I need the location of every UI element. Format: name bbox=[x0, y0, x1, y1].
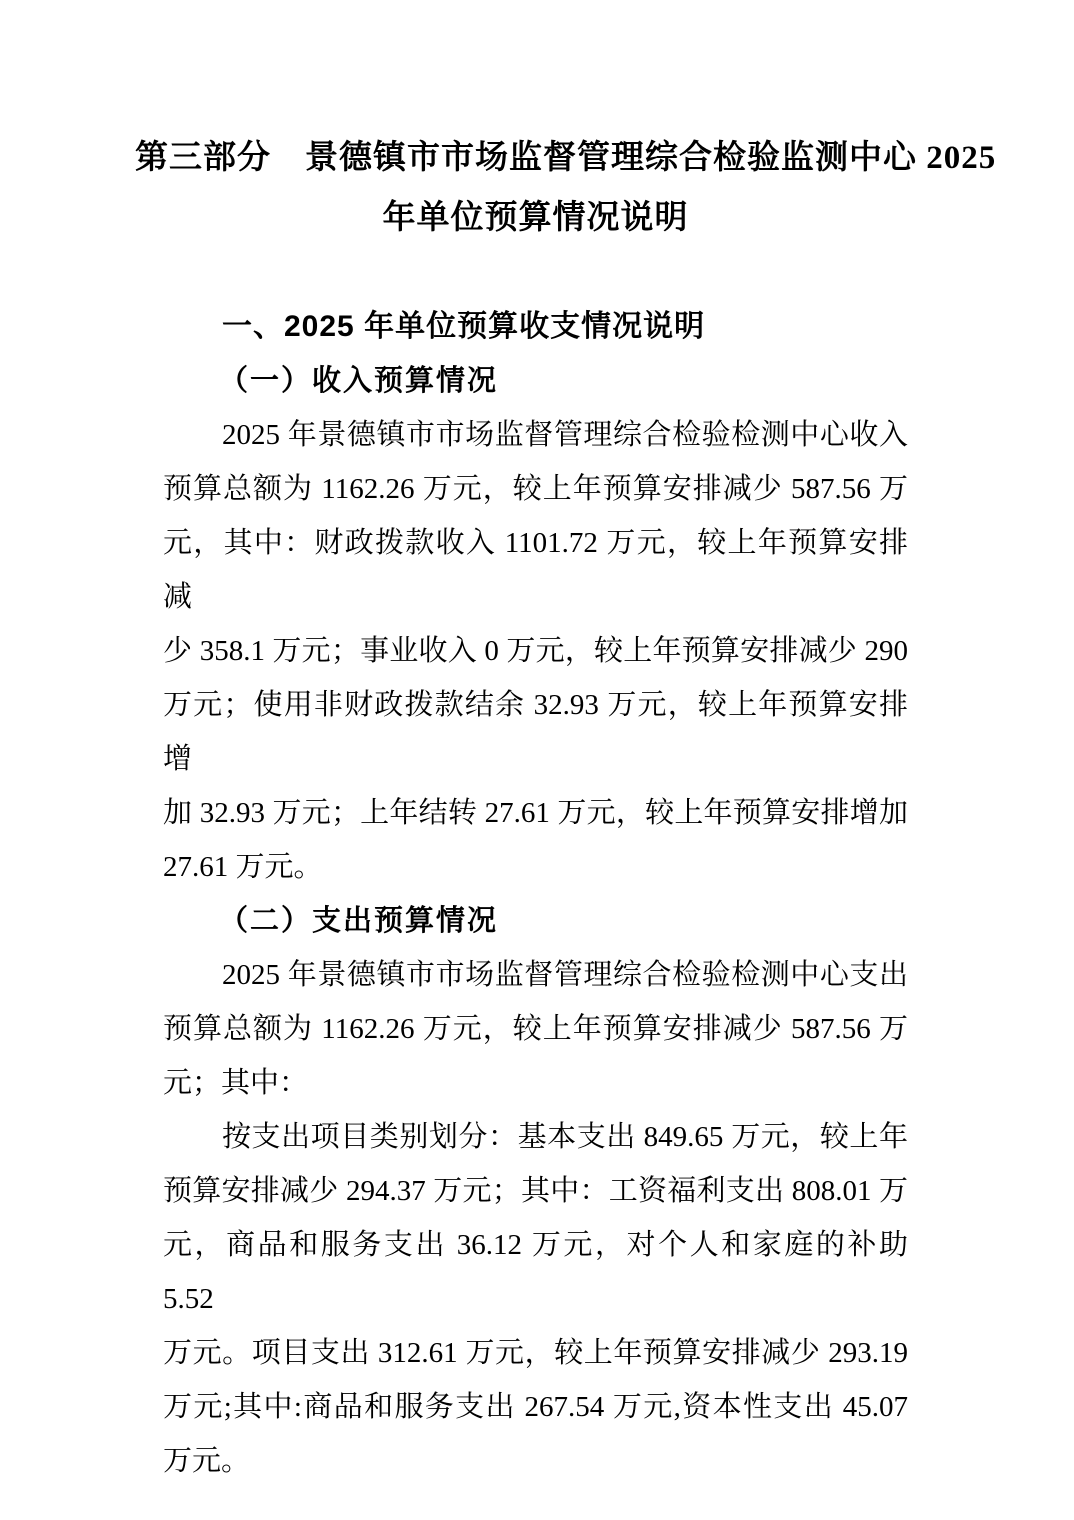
expenditure-subheading: （二）支出预算情况 bbox=[163, 894, 908, 948]
document-title-line-1: 第三部分 景德镇市市场监督管理综合检验监测中心 2025 bbox=[135, 128, 936, 188]
paragraph-line: 预算总额为 1162.26 万元，较上年预算安排减少 587.56 万 bbox=[163, 1002, 908, 1056]
paragraph-line: 少 358.1 万元；事业收入 0 万元，较上年预算安排减少 290 bbox=[163, 624, 908, 678]
paragraph-line: 元，其中：财政拨款收入 1101.72 万元，较上年预算安排减 bbox=[163, 516, 908, 624]
paragraph-line: 万元。项目支出 312.61 万元，较上年预算安排减少 293.19 bbox=[163, 1326, 908, 1380]
paragraph-line: 万元。 bbox=[163, 1434, 908, 1488]
paragraph-line: 万元；使用非财政拨款结余 32.93 万元，较上年预算安排增 bbox=[163, 678, 908, 786]
paragraph-line: 万元;其中:商品和服务支出 267.54 万元,资本性支出 45.07 bbox=[163, 1380, 908, 1434]
paragraph-line: 元；其中： bbox=[163, 1056, 908, 1110]
income-subheading: （一）收入预算情况 bbox=[163, 354, 908, 408]
document-page: 第三部分 景德镇市市场监督管理综合检验监测中心 2025 年单位预算情况说明 一… bbox=[0, 0, 1074, 1520]
expenditure-paragraph-1: 2025 年景德镇市市场监督管理综合检验检测中心支出 预算总额为 1162.26… bbox=[163, 948, 908, 1110]
paragraph-line: 元，商品和服务支出 36.12 万元，对个人和家庭的补助 5.52 bbox=[163, 1218, 908, 1326]
paragraph-line: 预算总额为 1162.26 万元，较上年预算安排减少 587.56 万 bbox=[163, 462, 908, 516]
document-content: 第三部分 景德镇市市场监督管理综合检验监测中心 2025 年单位预算情况说明 一… bbox=[163, 128, 908, 1488]
paragraph-line: 按支出项目类别划分：基本支出 849.65 万元，较上年 bbox=[163, 1110, 908, 1164]
document-title-line-2: 年单位预算情况说明 bbox=[135, 188, 936, 248]
section-heading: 一、2025 年单位预算收支情况说明 bbox=[163, 300, 908, 354]
paragraph-line: 27.61 万元。 bbox=[163, 840, 908, 894]
expenditure-paragraph-2: 按支出项目类别划分：基本支出 849.65 万元，较上年 预算安排减少 294.… bbox=[163, 1110, 908, 1488]
income-paragraph: 2025 年景德镇市市场监督管理综合检验检测中心收入 预算总额为 1162.26… bbox=[163, 408, 908, 894]
paragraph-line: 加 32.93 万元；上年结转 27.61 万元，较上年预算安排增加 bbox=[163, 786, 908, 840]
paragraph-line: 2025 年景德镇市市场监督管理综合检验检测中心收入 bbox=[163, 408, 908, 462]
paragraph-line: 预算安排减少 294.37 万元；其中：工资福利支出 808.01 万 bbox=[163, 1164, 908, 1218]
document-title: 第三部分 景德镇市市场监督管理综合检验监测中心 2025 年单位预算情况说明 bbox=[135, 128, 936, 248]
paragraph-line: 2025 年景德镇市市场监督管理综合检验检测中心支出 bbox=[163, 948, 908, 1002]
